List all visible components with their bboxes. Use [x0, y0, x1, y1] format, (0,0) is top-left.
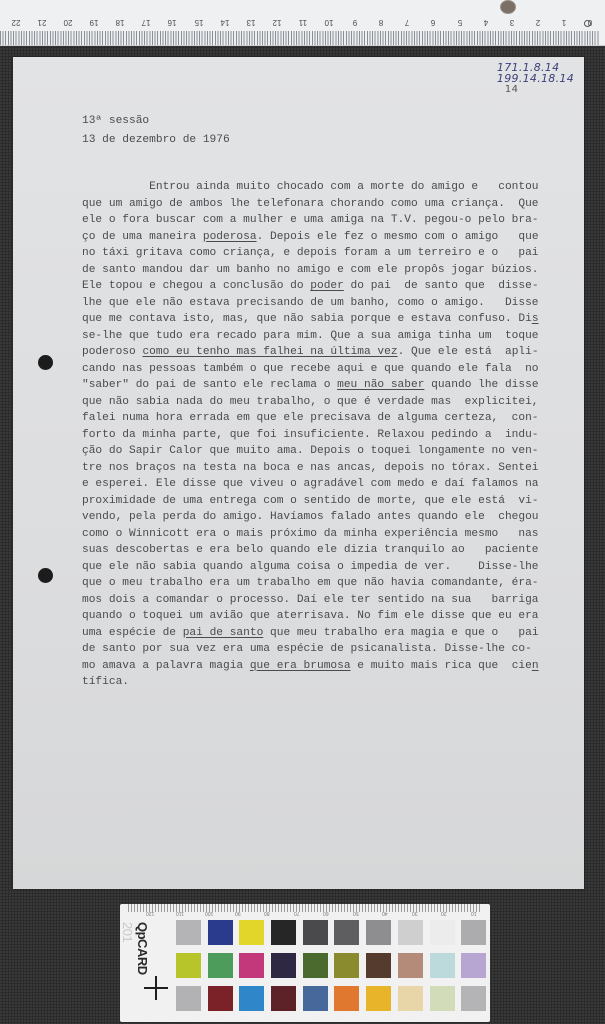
- ruler-label: 2: [531, 18, 545, 27]
- color-swatch: [303, 953, 328, 978]
- text-run: Entrou ainda muito chocado com a morte d…: [82, 181, 539, 193]
- text-line: mos dois a comandar o processo. Daí ele …: [82, 592, 548, 609]
- text-run: no táxi gritava como criança, e depois f…: [82, 247, 539, 259]
- color-swatch: [239, 920, 264, 945]
- card-scale-label: 70: [294, 910, 300, 916]
- underlined-phrase: meu não saber: [337, 379, 424, 391]
- text-run: de santo por sua vez era uma espécie de …: [82, 643, 532, 655]
- ruler-label: 15: [192, 18, 206, 27]
- text-run: Ele topou e chegou a conclusão do: [82, 280, 310, 292]
- card-scale-label: 90: [235, 910, 241, 916]
- ruler-label: 16: [165, 18, 179, 27]
- color-swatch: [271, 953, 296, 978]
- card-scale-label: 100: [205, 910, 213, 916]
- color-swatch: [398, 986, 423, 1011]
- card-scale-label: 80: [264, 910, 270, 916]
- color-swatch: [430, 953, 455, 978]
- ruler-label: 3: [505, 18, 519, 27]
- ruler-label: 22: [9, 18, 23, 27]
- ruler-label: 1: [557, 18, 571, 27]
- text-line: no táxi gritava como criança, e depois f…: [82, 245, 548, 262]
- page-number: 14: [497, 84, 574, 95]
- ruler-label: 8: [374, 18, 388, 27]
- punch-hole: [38, 568, 53, 583]
- text-run: como o Winnicott era o mais próximo da m…: [82, 528, 539, 540]
- color-swatch: [398, 920, 423, 945]
- ruler-label: 4: [479, 18, 493, 27]
- color-swatch: [430, 920, 455, 945]
- text-line: mo amava a palavra magia que era brumosa…: [82, 658, 548, 675]
- session-title: 13ª sessão: [82, 112, 230, 131]
- color-swatch: [239, 953, 264, 978]
- color-swatch: [398, 953, 423, 978]
- card-scale-label: 10: [471, 910, 477, 916]
- card-model: 201: [120, 922, 135, 942]
- text-run: ção do Sapir Calor que muito ama. Depois…: [82, 445, 539, 457]
- text-run: que me contava isto, mas, que não sabia …: [82, 313, 532, 325]
- punch-hole: [38, 355, 53, 370]
- text-run: quando o toquei um avião que aterrisava.…: [82, 610, 539, 622]
- ruler-label: 11: [296, 18, 310, 27]
- ruler-ticks: [0, 31, 599, 45]
- text-run: proximidade de uma entrega com o sentido…: [82, 495, 539, 507]
- text-run: uma espécie de: [82, 627, 183, 639]
- color-swatch: [208, 920, 233, 945]
- color-swatch: [208, 986, 233, 1011]
- session-date: 13 de dezembro de 1976: [82, 131, 230, 150]
- ruler-label: 19: [87, 18, 101, 27]
- text-run: que um amigo de ambos lhe telefonara cho…: [82, 198, 539, 210]
- ruler-label: 9: [348, 18, 362, 27]
- underlined-phrase: s: [532, 313, 539, 325]
- text-line: vendo, pela perda do amigo. Havíamos fal…: [82, 509, 548, 526]
- text-line: ção do Sapir Calor que muito ama. Depois…: [82, 443, 548, 460]
- text-line: lhe que ele não estava precisando de um …: [82, 295, 548, 312]
- text-run: forto da minha parte, que foi insuficien…: [82, 429, 539, 441]
- text-line: cando nas pessoas também o que recebe aq…: [82, 361, 548, 378]
- ruler-label: 6: [426, 18, 440, 27]
- session-notes-body: Entrou ainda muito chocado com a morte d…: [82, 179, 548, 691]
- archive-code-line-2: 199.14.18.14: [497, 73, 574, 84]
- text-line: forto da minha parte, que foi insuficien…: [82, 427, 548, 444]
- text-line: uma espécie de pai de santo que meu trab…: [82, 625, 548, 642]
- ruler-hanging-hole: [500, 0, 516, 14]
- text-run: tífica.: [82, 676, 129, 688]
- text-line: e esperei. Ele disse que viveu o agradáv…: [82, 476, 548, 493]
- color-swatch: [334, 920, 359, 945]
- text-line: "saber" do pai de santo ele reclama o me…: [82, 377, 548, 394]
- ruler-label: 0: [583, 18, 597, 27]
- text-run: que o meu trabalho era um trabalho em qu…: [82, 577, 539, 589]
- text-run: poderoso: [82, 346, 142, 358]
- text-run: que não sabia nada do meu trabalho, o qu…: [82, 396, 539, 408]
- color-reference-card: 120110100908070605040302010 QpCARD 201: [120, 904, 490, 1022]
- text-line: como o Winnicott era o mais próximo da m…: [82, 526, 548, 543]
- text-line: se-lhe que tudo era recado para mim. Que…: [82, 328, 548, 345]
- ruler-label: 5: [453, 18, 467, 27]
- text-run: suas descobertas e era belo quando ele d…: [82, 544, 539, 556]
- text-run: vendo, pela perda do amigo. Havíamos fal…: [82, 511, 539, 523]
- card-brand-name: QpCARD: [135, 922, 150, 975]
- color-swatch: [208, 953, 233, 978]
- text-run: tre nos braços na testa na boca e nas an…: [82, 462, 539, 474]
- text-line: tífica.: [82, 674, 548, 691]
- session-header: 13ª sessão 13 de dezembro de 1976: [82, 112, 230, 150]
- underlined-phrase: como eu tenho mas falhei na última vez: [142, 346, 397, 358]
- text-run: e muito mais rica que cie: [351, 660, 532, 672]
- text-line: tre nos braços na testa na boca e nas an…: [82, 460, 548, 477]
- text-run: e esperei. Ele disse que viveu o agradáv…: [82, 478, 539, 490]
- color-swatch: [334, 953, 359, 978]
- text-line: quando o toquei um avião que aterrisava.…: [82, 608, 548, 625]
- color-swatch: [271, 986, 296, 1011]
- text-run: falei numa hora errada em que ele precis…: [82, 412, 539, 424]
- underlined-phrase: pai de santo: [183, 627, 264, 639]
- text-line: que me contava isto, mas, que não sabia …: [82, 311, 548, 328]
- color-swatch: [303, 986, 328, 1011]
- text-line: ço de uma maneira poderosa. Depois ele f…: [82, 229, 548, 246]
- color-swatch: [176, 986, 201, 1011]
- ruler-label: 12: [270, 18, 284, 27]
- color-swatch: [461, 986, 486, 1011]
- ruler-label: 7: [400, 18, 414, 27]
- text-line: de santo mandou dar um banho no amigo e …: [82, 262, 548, 279]
- text-line: que um amigo de ambos lhe telefonara cho…: [82, 196, 548, 213]
- color-swatch: [430, 986, 455, 1011]
- color-swatch: [366, 953, 391, 978]
- text-run: quando lhe disse: [424, 379, 538, 391]
- text-run: ele o fora buscar com a mulher e uma ami…: [82, 214, 539, 226]
- text-run: "saber" do pai de santo ele reclama o: [82, 379, 337, 391]
- text-run: lhe que ele não estava precisando de um …: [82, 297, 539, 309]
- underlined-phrase: n: [532, 660, 539, 672]
- ruler-label: 20: [61, 18, 75, 27]
- text-line: falei numa hora errada em que ele precis…: [82, 410, 548, 427]
- ruler-label: 14: [218, 18, 232, 27]
- ruler-label: 21: [35, 18, 49, 27]
- text-line: Ele topou e chegou a conclusão do poder …: [82, 278, 548, 295]
- color-swatch-grid: [176, 920, 486, 1011]
- card-scale-label: 50: [353, 910, 359, 916]
- color-swatch: [176, 920, 201, 945]
- color-swatch: [334, 986, 359, 1011]
- color-swatch: [366, 986, 391, 1011]
- text-line: proximidade de uma entrega com o sentido…: [82, 493, 548, 510]
- card-scale-label: 20: [441, 910, 447, 916]
- ruler-label: 13: [244, 18, 258, 27]
- color-swatch: [303, 920, 328, 945]
- color-swatch: [461, 920, 486, 945]
- text-run: cando nas pessoas também o que recebe aq…: [82, 363, 539, 375]
- text-line: que o meu trabalho era um trabalho em qu…: [82, 575, 548, 592]
- text-run: de santo mandou dar um banho no amigo e …: [82, 264, 539, 276]
- color-swatch: [176, 953, 201, 978]
- color-swatch: [239, 986, 264, 1011]
- crosshair-icon: [144, 976, 168, 1000]
- archive-code: 171.1.8.14 199.14.18.14 14: [497, 62, 574, 95]
- ruler-label: 17: [139, 18, 153, 27]
- text-run: mos dois a comandar o processo. Daí ele …: [82, 594, 539, 606]
- text-line: de santo por sua vez era uma espécie de …: [82, 641, 548, 658]
- text-line: ele o fora buscar com a mulher e uma ami…: [82, 212, 548, 229]
- ruler-label: 18: [113, 18, 127, 27]
- text-run: que ele não sabia quando alguma coisa o …: [82, 561, 539, 573]
- card-scale-label: 120: [146, 910, 154, 916]
- text-run: mo amava a palavra magia: [82, 660, 250, 672]
- measurement-ruler: 012345678910111213141516171819202122: [0, 0, 605, 46]
- card-scale-label: 40: [382, 910, 388, 916]
- text-run: . Depois ele fez o mesmo com o amigo que: [257, 231, 539, 243]
- ruler-label: 10: [322, 18, 336, 27]
- text-line: suas descobertas e era belo quando ele d…: [82, 542, 548, 559]
- color-swatch: [366, 920, 391, 945]
- text-run: . Que ele está apli-: [398, 346, 539, 358]
- card-scale-label: 60: [323, 910, 329, 916]
- text-run: ço de uma maneira: [82, 231, 203, 243]
- text-line: que não sabia nada do meu trabalho, o qu…: [82, 394, 548, 411]
- text-run: do pai de santo que disse-: [344, 280, 539, 292]
- color-swatch: [271, 920, 296, 945]
- underlined-phrase: poder: [310, 280, 344, 292]
- document-page: 171.1.8.14 199.14.18.14 14 13ª sessão 13…: [13, 57, 584, 889]
- text-line: poderoso como eu tenho mas falhei na últ…: [82, 344, 548, 361]
- underlined-phrase: poderosa: [203, 231, 257, 243]
- underlined-phrase: que era brumosa: [250, 660, 351, 672]
- text-line: Entrou ainda muito chocado com a morte d…: [82, 179, 548, 196]
- card-scale-label: 110: [176, 910, 184, 916]
- card-scale-label: 30: [412, 910, 418, 916]
- color-swatch: [461, 953, 486, 978]
- text-run: se-lhe que tudo era recado para mim. Que…: [82, 330, 539, 342]
- text-line: que ele não sabia quando alguma coisa o …: [82, 559, 548, 576]
- text-run: que meu trabalho era magia e que o pai: [263, 627, 538, 639]
